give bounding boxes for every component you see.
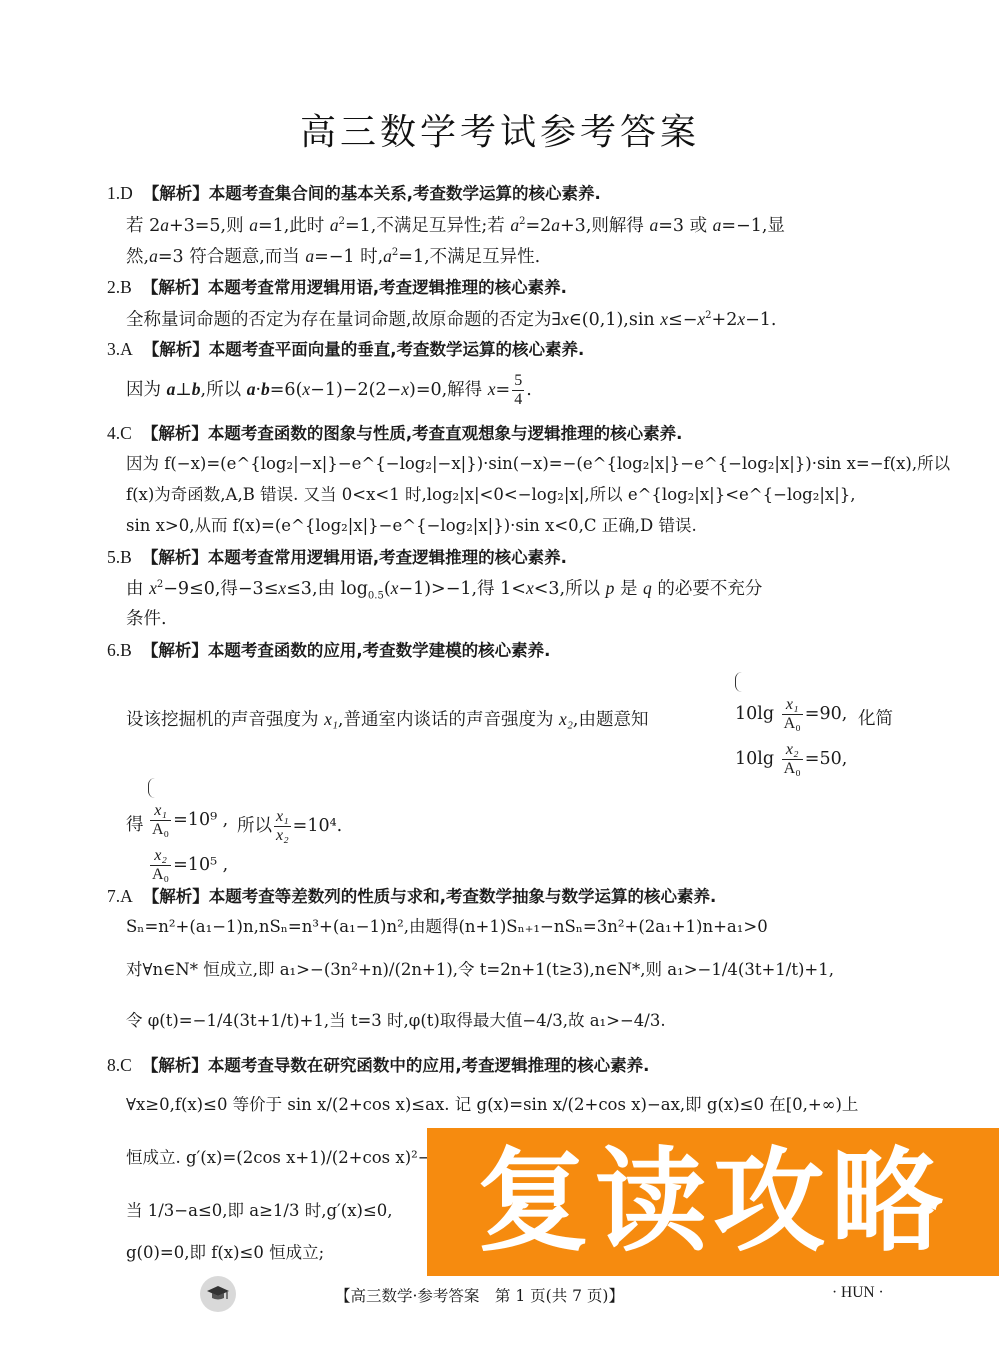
analysis-tag: 【解析】本题考查导数在研究函数中的应用,考查逻辑推理的核心素养. [142, 1056, 650, 1075]
question-7-line-3: 令 φ(t)=−1/4(3t+1/t)+1,当 t=3 时,φ(t)取得最大值−… [126, 1013, 666, 1030]
analysis-tag: 【解析】本题考查平面向量的垂直,考查数学运算的核心素养. [143, 340, 585, 359]
analysis-tag: 【解析】本题考查函数的图象与性质,考查直观想象与逻辑推理的核心素养. [142, 424, 683, 443]
analysis-tag: 【解析】本题考查函数的应用,考查数学建模的核心素养. [142, 641, 551, 660]
question-6-line-2-label: 得 [126, 817, 144, 835]
analysis-tag: 【解析】本题考查集合间的基本关系,考查数学运算的核心素养. [143, 184, 601, 203]
page-title: 高三数学考试参考答案 [0, 104, 1000, 155]
question-8-line-2: 恒成立. g′(x)=(2cos x+1)/(2+cos x)²−a=− [126, 1150, 469, 1167]
question-4-line-3: sin x>0,从而 f(x)=(e^{log₂|x|}−e^{−log₂|x|… [126, 518, 697, 535]
equation-system-1: 10lg x₁A₀=90, 10lg x₂A₀=50, [735, 674, 847, 782]
watermark-text: 复读攻略 [427, 1128, 999, 1276]
question-1-line-2: 然,a=3 符合题意,而当 a=−1 时,a2=1,不满足互异性. [126, 248, 540, 267]
question-1-line-1: 若 2a+3=5,则 a=1,此时 a2=1,不满足互异性;若 a2=2a+3,… [126, 217, 785, 236]
analysis-tag: 【解析】本题考查等差数列的性质与求和,考查数学抽象与数学运算的核心素养. [143, 887, 717, 906]
question-3-header: 3.A【解析】本题考查平面向量的垂直,考查数学运算的核心素养. [107, 341, 584, 360]
question-7-header: 7.A【解析】本题考查等差数列的性质与求和,考查数学抽象与数学运算的核心素养. [107, 888, 716, 907]
question-7-line-1: Sₙ=n²+(a₁−1)n,nSₙ=n³+(a₁−1)n²,由题得(n+1)Sₙ… [126, 919, 768, 936]
analysis-tag: 【解析】本题考查常用逻辑用语,考查逻辑推理的核心素养. [142, 548, 567, 567]
question-7-line-2: 对∀n∈N* 恒成立,即 a₁>−(3n²+n)/(2n+1),令 t=2n+1… [126, 962, 834, 979]
footer-code: · HUN · [832, 1284, 884, 1302]
question-4-header: 4.C【解析】本题考查函数的图象与性质,考查直观想象与逻辑推理的核心素养. [107, 425, 682, 444]
analysis-tag: 【解析】本题考查常用逻辑用语,考查逻辑推理的核心素养. [142, 278, 567, 297]
question-5-header: 5.B【解析】本题考查常用逻辑用语,考查逻辑推理的核心素养. [107, 549, 567, 568]
question-6-result: 所以x₁x₂=10⁴. [237, 808, 342, 845]
question-4-line-1: 因为 f(−x)=(e^{log₂|−x|}−e^{−log₂|−x|})·si… [126, 456, 950, 473]
equation-system-2: x₁A₀=10⁹ , x₂A₀=10⁵ , [148, 780, 228, 888]
question-2-header: 2.B【解析】本题考查常用逻辑用语,考查逻辑推理的核心素养. [107, 279, 567, 298]
question-5-line-1: 由 x2−9≤0,得−3≤x≤3,由 log0.5(x−1)>−1,得 1<x<… [126, 580, 762, 599]
question-3-line-1: 因为 a⊥b,所以 a·b=6(x−1)−2(2−x)=0,解得 x=54. [126, 372, 532, 409]
graduation-cap-icon [200, 1276, 236, 1312]
question-6-header: 6.B【解析】本题考查函数的应用,考查数学建模的核心素养. [107, 642, 550, 661]
question-5-line-2: 条件. [126, 611, 167, 629]
question-8-line-4: g(0)=0,即 f(x)≤0 恒成立; [126, 1245, 324, 1262]
question-6-line-1: 设该挖掘机的声音强度为 x₁,普通室内谈话的声音强度为 x₂,由题意知 [126, 711, 648, 730]
question-4-line-2: f(x)为奇函数,A,B 错误. 又当 0<x<1 时,log₂|x|<0<−l… [126, 487, 856, 504]
question-8-line-3: 当 1/3−a≤0,即 a≥1/3 时,g′(x)≤0, [126, 1203, 393, 1220]
footer-page-info: 【高三数学·参考答案 第 1 页(共 7 页)】 [335, 1284, 624, 1306]
question-8-header: 8.C【解析】本题考查导数在研究函数中的应用,考查逻辑推理的核心素养. [107, 1057, 649, 1076]
question-8-line-1: ∀x≥0,f(x)≤0 等价于 sin x/(2+cos x)≤ax. 记 g(… [126, 1097, 858, 1114]
watermark-banner: 复读攻略 [427, 1128, 999, 1276]
question-2-line-1: 全称量词命题的否定为存在量词命题,故原命题的否定为∃x∈(0,1),sin x≤… [126, 311, 777, 330]
question-1-header: 1.D【解析】本题考查集合间的基本关系,考查数学运算的核心素养. [107, 185, 601, 204]
simplify-label: 化简 [858, 711, 893, 729]
